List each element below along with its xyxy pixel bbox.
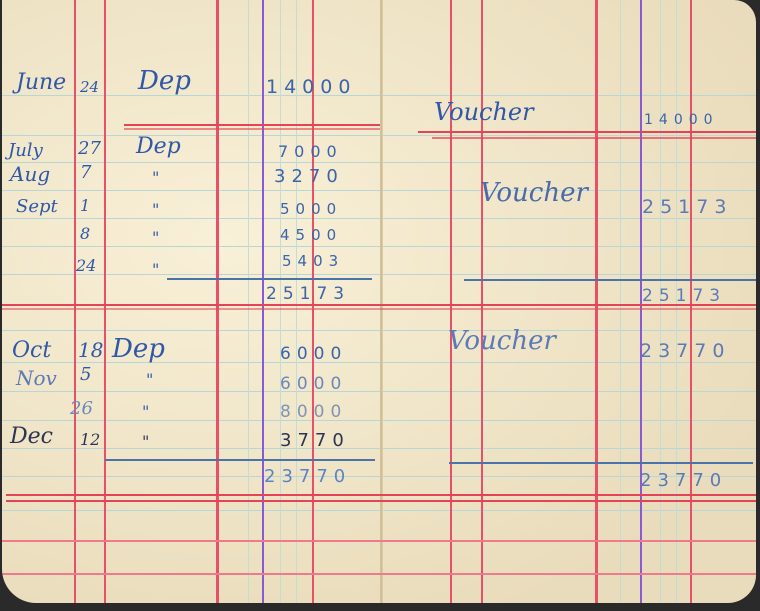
entry-description: " xyxy=(152,168,159,187)
ruled-line xyxy=(2,274,756,275)
entry-amount: 5000 xyxy=(280,200,342,218)
entry-day: 24 xyxy=(80,78,99,96)
column-rule xyxy=(216,0,219,603)
entry-amount: 4500 xyxy=(280,226,342,244)
column-rule xyxy=(481,0,483,603)
entry-description: " xyxy=(152,260,159,279)
entry-amount: 7000 xyxy=(278,142,343,161)
entry-amount: 8000 xyxy=(280,402,347,422)
column-rule xyxy=(248,0,249,603)
section-total: 25173 xyxy=(266,284,350,304)
ledger-book: June 24 Dep 14000 July 27 Dep 7000 Aug 7… xyxy=(2,0,756,603)
ruled-line xyxy=(2,330,756,331)
column-rule xyxy=(450,0,452,603)
voucher-description: Voucher xyxy=(434,98,534,126)
entry-day: 27 xyxy=(78,138,101,159)
voucher-amount: 23770 xyxy=(640,340,730,362)
section-rule xyxy=(6,494,756,496)
entry-day: 5 xyxy=(80,364,91,385)
entry-month: Sept xyxy=(16,196,58,217)
entry-description: " xyxy=(146,370,153,389)
section-rule xyxy=(2,540,756,542)
ruled-line xyxy=(2,420,756,421)
section-total: 23770 xyxy=(264,466,351,487)
total-underline xyxy=(464,279,756,281)
entry-description: " xyxy=(152,228,159,247)
entry-day: 1 xyxy=(80,196,90,215)
column-rule xyxy=(74,0,76,603)
entry-month: Dec xyxy=(10,424,53,449)
entry-amount: 5403 xyxy=(282,252,344,270)
entry-month: Aug xyxy=(10,162,50,186)
section-rule xyxy=(2,573,756,575)
column-rule xyxy=(620,0,621,603)
voucher-description: Voucher xyxy=(448,326,556,356)
section-rule xyxy=(124,128,380,130)
ruled-line xyxy=(2,190,756,191)
column-rule xyxy=(104,0,106,603)
voucher-amount: 25173 xyxy=(642,196,732,218)
section-rule xyxy=(124,124,380,126)
section-rule xyxy=(2,308,756,310)
column-rule xyxy=(595,0,598,603)
ruled-line xyxy=(2,162,756,163)
entry-month: June xyxy=(16,70,66,95)
ruled-line xyxy=(2,246,756,247)
entry-description: Dep xyxy=(112,334,165,364)
total-underline xyxy=(449,462,753,464)
ruled-line xyxy=(2,510,756,511)
entry-day: 26 xyxy=(70,398,93,419)
entry-description: Dep xyxy=(136,134,181,159)
entry-amount: 6000 xyxy=(280,344,347,364)
column-rule xyxy=(262,0,264,603)
entry-amount: 6000 xyxy=(280,374,347,394)
entry-day: 18 xyxy=(78,338,103,362)
total-underline xyxy=(167,278,372,280)
section-rule xyxy=(432,137,756,139)
entry-month: Nov xyxy=(16,366,57,390)
entry-description: " xyxy=(152,200,159,219)
voucher-total: 25173 xyxy=(642,286,726,306)
entry-day: 7 xyxy=(80,162,91,183)
entry-amount: 3270 xyxy=(274,166,344,187)
ruled-line xyxy=(2,95,756,96)
voucher-amount: 14000 xyxy=(644,112,719,128)
book-gutter xyxy=(380,0,383,603)
entry-day: 12 xyxy=(80,430,100,449)
entry-amount: 14000 xyxy=(266,76,356,98)
entry-description: " xyxy=(142,402,149,421)
voucher-description: Voucher xyxy=(480,178,588,208)
entry-description: Dep xyxy=(138,66,191,96)
total-underline xyxy=(105,459,375,461)
entry-month: Oct xyxy=(12,338,51,363)
entry-month: July xyxy=(8,140,43,161)
ruled-line xyxy=(2,218,756,219)
entry-amount: 3770 xyxy=(280,430,350,451)
ruled-line xyxy=(2,448,756,449)
ruled-line xyxy=(2,135,756,136)
section-rule xyxy=(418,131,756,133)
voucher-total: 23770 xyxy=(640,470,727,491)
entry-description: " xyxy=(142,432,149,451)
entry-day: 8 xyxy=(80,224,90,243)
ruled-line xyxy=(2,391,756,392)
section-rule xyxy=(6,500,756,502)
entry-day: 24 xyxy=(76,256,96,275)
